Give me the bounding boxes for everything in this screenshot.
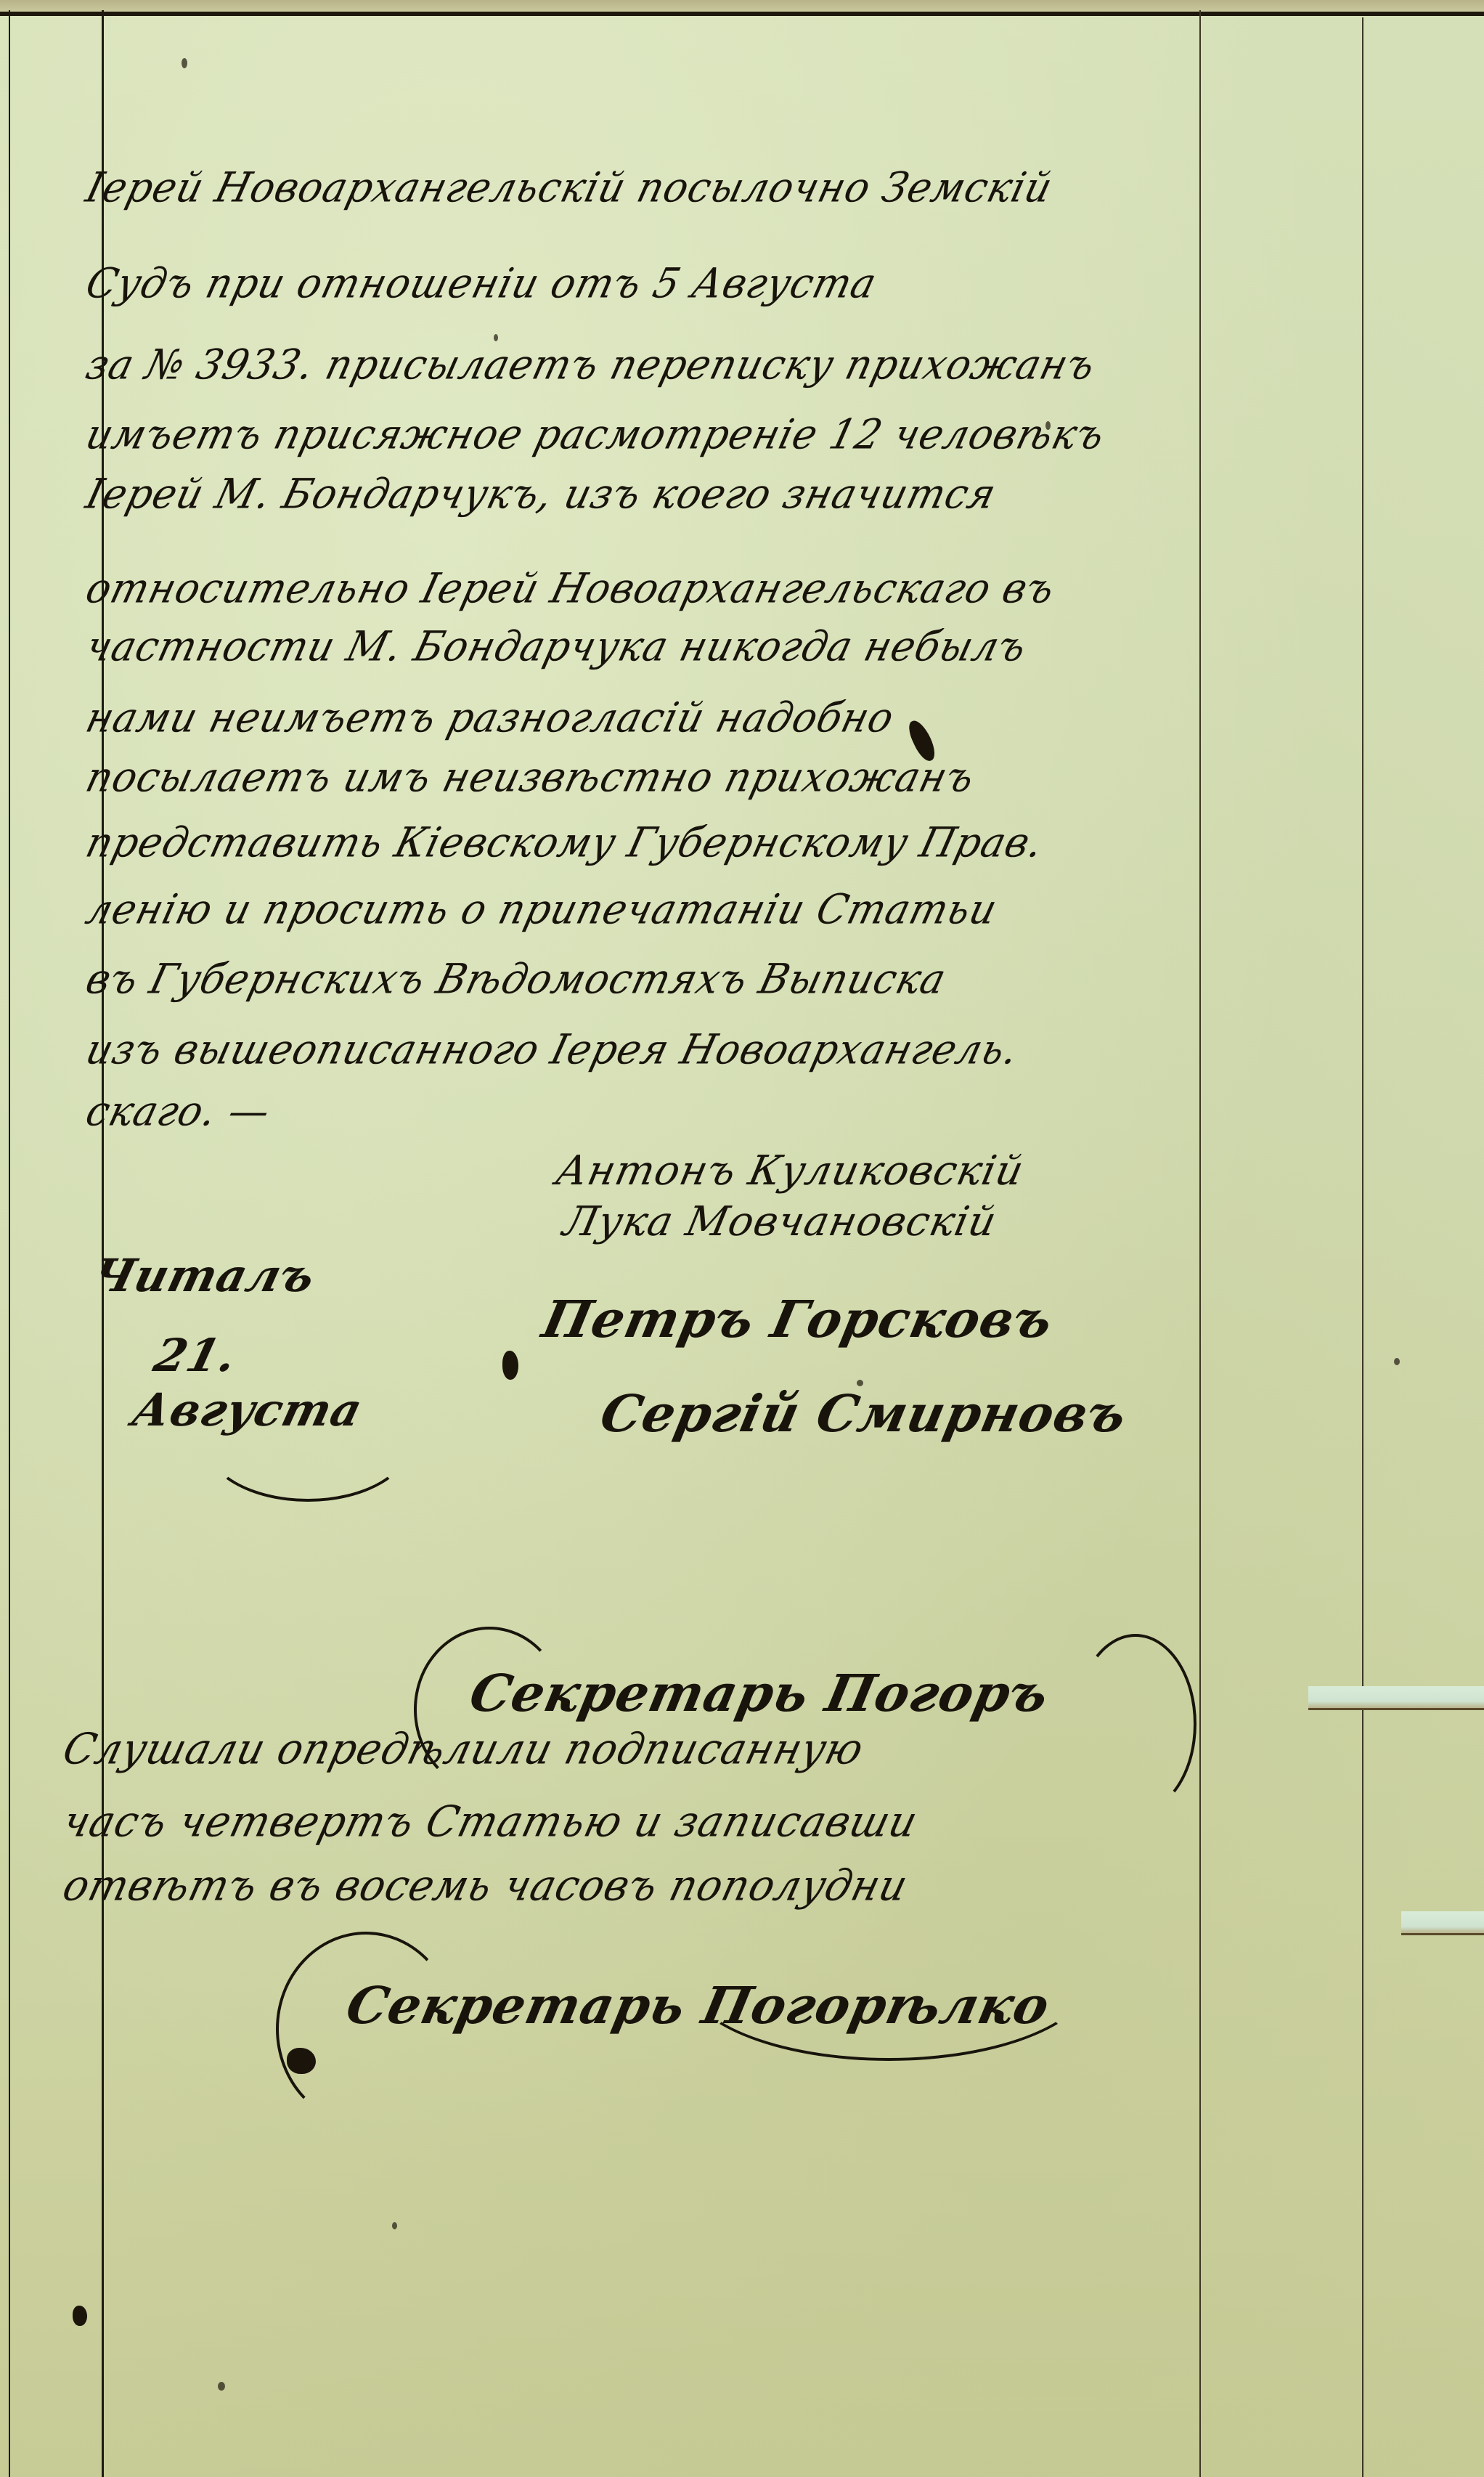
margin-note-read: Читалъ	[87, 1249, 321, 1302]
signature: Антонъ Куликовскій	[552, 1147, 1028, 1195]
text-line: представить Кіевскому Губернскому Прав.	[81, 818, 1048, 866]
signature-flourish	[276, 1932, 456, 2126]
ink-speck	[218, 2382, 225, 2391]
text-line: въ Губернскихъ Вѣдомостяхъ Выписка	[81, 955, 951, 1003]
text-line: Іерей М. Бондарчукъ, изъ коего значится	[81, 470, 1001, 518]
text-line: ленію и просить о припечатаніи Статьи	[81, 885, 1003, 933]
ink-speck	[392, 2222, 397, 2229]
text-line: нами неимъетъ разногласій надобно	[81, 694, 900, 741]
text-line: посылаетъ имъ неизвѣстно прихожанъ	[81, 753, 979, 801]
signature: Петръ Горсковъ	[537, 1289, 1059, 1349]
closing-line: Слушали опредѣлили подписанную	[58, 1725, 869, 1774]
ink-blot	[73, 2306, 87, 2326]
text-line: изъ вышеописанного Іерея Новоархангель.	[81, 1025, 1024, 1073]
right-margin-rule	[1199, 10, 1201, 2477]
ink-blot	[502, 1351, 518, 1380]
protruding-page-edge	[1308, 1686, 1484, 1710]
page-top-edge	[0, 0, 1484, 16]
outer-column-rule	[1362, 17, 1363, 2477]
ink-speck	[182, 58, 187, 68]
text-line: частности М. Бондарчука никогда небылъ	[81, 622, 1032, 670]
text-line: за № 3933. присылаетъ переписку прихожан…	[81, 341, 1101, 389]
text-line: относительно Іерей Новоархангельскаго въ	[81, 564, 1060, 612]
text-line: Іерей Новоархангельскій посылочно Земскі…	[81, 163, 1058, 211]
left-page-edge-rule	[9, 10, 10, 2477]
protruding-page-edge	[1401, 1911, 1484, 1935]
ink-speck	[1394, 1358, 1400, 1365]
closing-line: часъ четвертъ Статью и записавши	[58, 1797, 923, 1847]
text-line: скаго. —	[81, 1087, 275, 1135]
margin-note-day: 21.	[149, 1329, 242, 1382]
signature-flourish	[682, 1888, 1095, 2061]
signature: Лука Мовчановскій	[559, 1198, 1001, 1245]
text-line: имъетъ присяжное расмотреніе 12 человѣкъ	[81, 410, 1110, 458]
signature-flourish	[1075, 1634, 1196, 1814]
signature: Сергій Смирновъ	[595, 1383, 1133, 1444]
text-line: Судъ при отношеніи отъ 5 Августа	[81, 259, 881, 307]
margin-note-flourish	[203, 1380, 412, 1502]
